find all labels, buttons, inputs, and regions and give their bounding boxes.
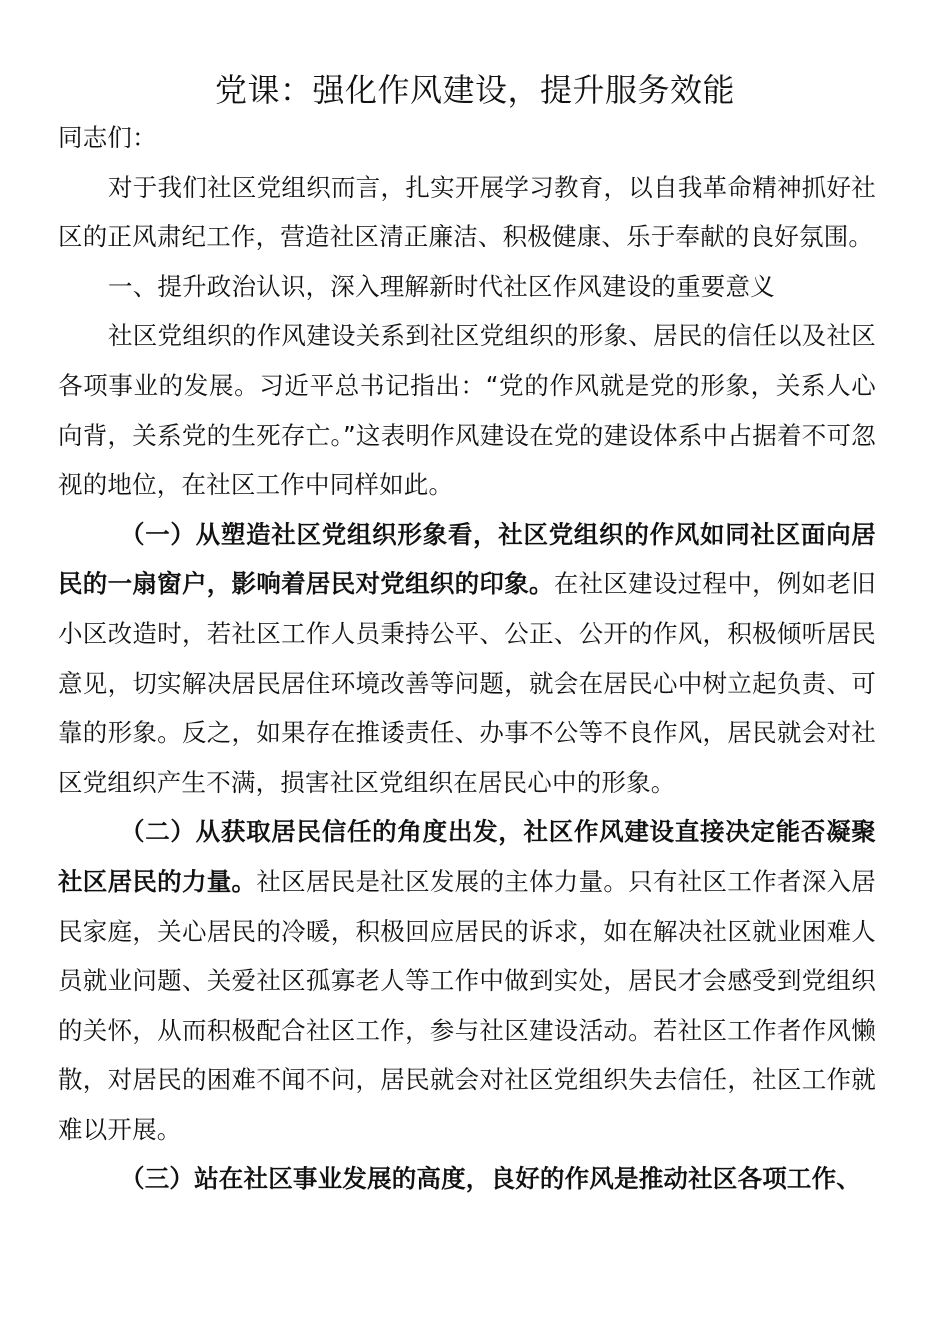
paragraph-text: 社区党组织的作风建设关系到社区党组织的形象、居民的信任以及社区各项事业的发展。习… bbox=[58, 321, 876, 499]
paragraph-point-3: （三）站在社区事业发展的高度，良好的作风是推动社区各项工作、 bbox=[58, 1154, 876, 1204]
paragraph-point-2: （二）从获取居民信任的角度出发，社区作风建设直接决定能否凝聚社区居民的力量。社区… bbox=[58, 807, 876, 1154]
paragraph-text: 对于我们社区党组织而言，扎实开展学习教育，以自我革命精神抓好社区的正风肃纪工作，… bbox=[58, 173, 876, 252]
paragraph-text: 社区居民是社区发展的主体力量。只有社区工作者深入居民家庭，关心居民的冷暖，积极回… bbox=[58, 867, 876, 1144]
document-page: 党课：强化作风建设，提升服务效能 同志们： 对于我们社区党组织而言，扎实开展学习… bbox=[0, 0, 950, 1344]
paragraph-point-1: （一）从塑造社区党组织形象看，社区党组织的作风如同社区面向居民的一扇窗户，影响着… bbox=[58, 510, 876, 808]
paragraph-intro: 对于我们社区党组织而言，扎实开展学习教育，以自我革命精神抓好社区的正风肃纪工作，… bbox=[58, 163, 876, 262]
salutation: 同志们： bbox=[58, 113, 876, 163]
document-body: 同志们： 对于我们社区党组织而言，扎实开展学习教育，以自我革命精神抓好社区的正风… bbox=[58, 113, 876, 1204]
section-heading-1: 一、提升政治认识，深入理解新时代社区作风建设的重要意义 bbox=[58, 262, 876, 312]
paragraph-significance: 社区党组织的作风建设关系到社区党组织的形象、居民的信任以及社区各项事业的发展。习… bbox=[58, 311, 876, 509]
paragraph-text: 在社区建设过程中，例如老旧小区改造时，若社区工作人员秉持公平、公正、公开的作风，… bbox=[58, 569, 876, 796]
point-heading: （三）站在社区事业发展的高度，良好的作风是推动社区各项工作、 bbox=[120, 1164, 861, 1193]
document-title: 党课：强化作风建设，提升服务效能 bbox=[0, 66, 950, 114]
